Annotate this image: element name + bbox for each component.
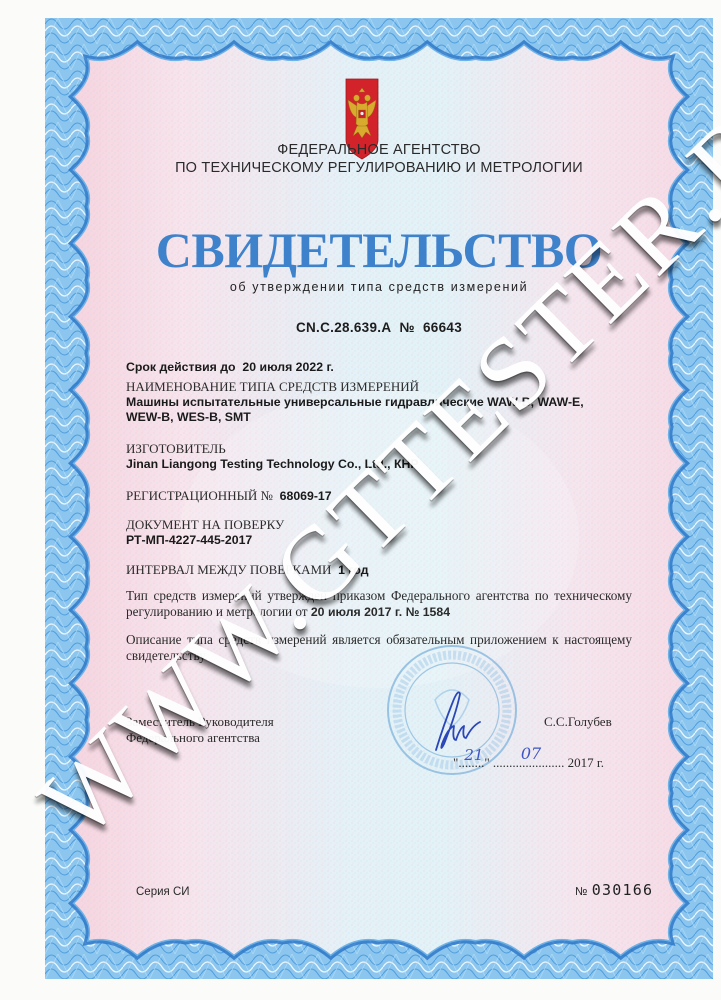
certificate-number-line: CN.C.28.639.A № 66643 bbox=[45, 320, 713, 335]
instrument-type-line2: WEW-B, WES-B, SMT bbox=[126, 410, 251, 425]
sign-month: 07 bbox=[521, 746, 541, 762]
agency-name-line1: ФЕДЕРАЛЬНОЕ АГЕНТСТВО bbox=[45, 142, 713, 158]
blank-number-value: 030166 bbox=[592, 881, 653, 899]
registration-label: РЕГИСТРАЦИОННЫЙ № bbox=[126, 488, 273, 503]
certificate-subtitle: об утверждении типа средств измерений bbox=[45, 280, 713, 294]
agency-name-line2: ПО ТЕХНИЧЕСКОМУ РЕГУЛИРОВАНИЮ И МЕТРОЛОГ… bbox=[45, 160, 713, 176]
sign-month-field: ......................07 bbox=[493, 755, 565, 770]
validity-label: Срок действия до bbox=[126, 360, 236, 374]
validity-date: 20 июля 2022 г. bbox=[242, 360, 333, 374]
manufacturer-name: Jinan Liangong Testing Technology Co., L… bbox=[126, 457, 419, 472]
signing-date: "........21" ......................07 20… bbox=[453, 755, 604, 771]
sign-day: 21 bbox=[464, 747, 483, 763]
certificate-number: 66643 bbox=[423, 320, 462, 335]
description-paragraph: Описание типа средств измерений является… bbox=[126, 632, 632, 664]
approval-date-order: 20 июля 2017 г. № 1584 bbox=[311, 605, 450, 619]
signatory-title-line1: Заместитель Руководителя bbox=[126, 714, 274, 730]
number-sign: № bbox=[400, 320, 415, 335]
series-label: Серия СИ bbox=[136, 886, 190, 898]
registration-line: РЕГИСТРАЦИОННЫЙ № 68069-17 bbox=[126, 488, 332, 504]
blank-number-sign: № bbox=[575, 886, 587, 898]
signatory-title-line2: Федерального агентства bbox=[126, 730, 260, 746]
certificate-title: СВИДЕТЕЛЬСТВО bbox=[45, 222, 713, 278]
blank-number: № 030166 bbox=[575, 881, 653, 900]
instrument-type-line1: Машины испытательные универсальные гидра… bbox=[126, 395, 584, 410]
manufacturer-label: ИЗГОТОВИТЕЛЬ bbox=[126, 441, 226, 456]
instrument-type-label: НАИМЕНОВАНИЕ ТИПА СРЕДСТВ ИЗМЕРЕНИЙ bbox=[126, 379, 419, 394]
registration-number: 68069-17 bbox=[280, 489, 332, 503]
sign-day-field: ........21 bbox=[458, 755, 484, 770]
signatory-name: С.С.Голубев bbox=[544, 714, 612, 730]
validity-line: Срок действия до 20 июля 2022 г. bbox=[126, 360, 334, 375]
interval-label: ИНТЕРВАЛ МЕЖДУ ПОВЕРКАМИ bbox=[126, 562, 331, 577]
interval-line: ИНТЕРВАЛ МЕЖДУ ПОВЕРКАМИ 1 год bbox=[126, 562, 369, 578]
quote-close: " bbox=[484, 755, 489, 770]
interval-value: 1 год bbox=[338, 563, 368, 577]
verification-doc-label: ДОКУМЕНТ НА ПОВЕРКУ bbox=[126, 517, 284, 532]
certificate-document: ФЕДЕРАЛЬНОЕ АГЕНТСТВО ПО ТЕХНИЧЕСКОМУ РЕ… bbox=[45, 18, 713, 979]
sign-year: 2017 г. bbox=[568, 755, 604, 770]
verification-doc: РТ-МП-4227-445-2017 bbox=[126, 533, 252, 548]
approval-paragraph: Тип средств измерений утвержден приказом… bbox=[126, 588, 632, 620]
certificate-code: CN.C.28.639.A bbox=[296, 320, 391, 335]
